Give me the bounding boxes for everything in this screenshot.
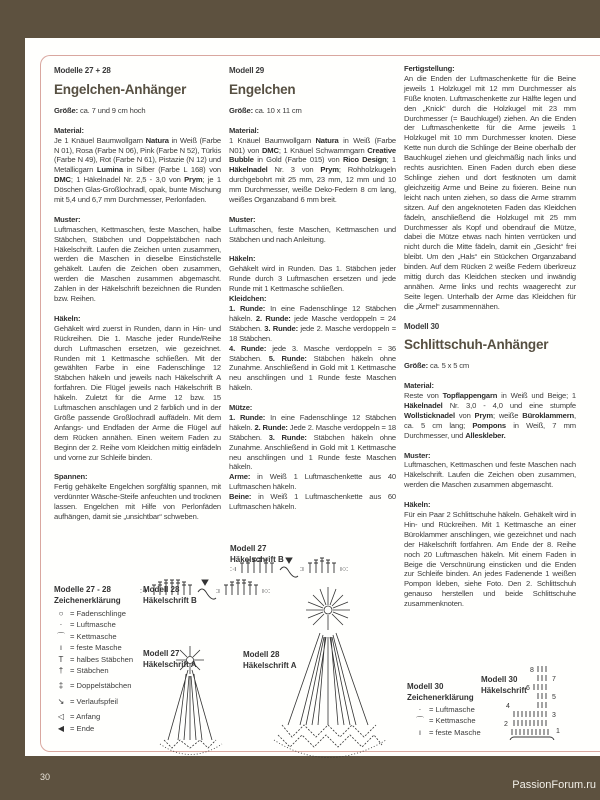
svg-text:3: 3 bbox=[552, 712, 556, 719]
legend-item: ↘= Verlaufspfeil bbox=[54, 696, 133, 707]
legend-item: †= Stäbchen bbox=[54, 665, 133, 676]
svg-text::·ı: :·ı bbox=[140, 588, 146, 595]
svg-text:ı○:: ı○: bbox=[340, 566, 348, 573]
legend-modelle-27-28: Modelle 27 - 28 Zeichenerklärung ○= Fade… bbox=[54, 584, 133, 734]
chain-ring-icon: ○ bbox=[54, 608, 68, 619]
section-title: Schlittschuh-Anhänger bbox=[404, 337, 576, 352]
skate-chart-m30: 8 7 6 5 4 3 2 1 bbox=[500, 660, 570, 740]
section-title: Engelchen-Anhänger bbox=[54, 82, 221, 97]
legend-item: ı= feste Masche bbox=[54, 642, 133, 653]
start-marker-icon: ◁ bbox=[54, 711, 68, 722]
end-marker-icon: ◀ bbox=[54, 723, 68, 734]
material-block: Material: Reste von Topflappengarn in We… bbox=[404, 381, 576, 440]
body-chart-m27a bbox=[150, 640, 240, 758]
svg-text::·ı: :·ı bbox=[230, 566, 236, 573]
legend-item: T= halbes Stäbchen bbox=[54, 654, 133, 665]
legend-item: ı= feste Masche bbox=[407, 727, 481, 738]
column-fertigstellung-schlittschuh: Fertigstellung: An die Enden der Luftmas… bbox=[404, 64, 576, 619]
direction-arrow-icon: ↘ bbox=[54, 696, 68, 707]
size-line: Größe: ca. 5 x 5 cm bbox=[404, 361, 576, 371]
arme-line: Arme: in Weiß 1 Luftmaschenkette aus 40 … bbox=[229, 472, 396, 492]
treble-crochet-icon: ‡ bbox=[54, 680, 68, 691]
muetze-block: Mütze: 1. Runde: In eine Fadenschlinge 1… bbox=[229, 403, 396, 472]
haekeln-heading: Häkeln: bbox=[54, 314, 221, 324]
svg-text:7: 7 bbox=[552, 676, 556, 683]
slip-stitch-icon: ⌒ bbox=[54, 631, 68, 642]
legend-item: ·= Luftmasche bbox=[54, 619, 133, 630]
muster-heading: Muster: bbox=[54, 215, 221, 225]
haekeln-block: Häkeln: Für ein Paar 2 Schlittschuhe häk… bbox=[404, 500, 576, 609]
svg-text:1: 1 bbox=[556, 728, 560, 735]
slip-stitch-icon: ⌒ bbox=[413, 715, 427, 726]
legend-item: ·= Luftmasche bbox=[407, 704, 481, 715]
kleidchen-rounds-4-5: 4. Runde: jede 3. Masche verdoppeln = 36… bbox=[229, 344, 396, 394]
spannen-heading: Spannen: bbox=[54, 472, 221, 482]
svg-text:5: 5 bbox=[552, 694, 556, 701]
legend-item: ◁= Anfang bbox=[54, 711, 133, 722]
haekeln-block: Häkeln: Gehäkelt wird in Runden. Das 1. … bbox=[229, 254, 396, 294]
column-engelchen-anhaenger: Modelle 27 + 28 Engelchen-Anhänger Größe… bbox=[54, 66, 221, 532]
svg-text::ı: :ı bbox=[216, 588, 220, 595]
legend-item: ◀= Ende bbox=[54, 723, 133, 734]
legend-item: ○= Fadenschlinge bbox=[54, 608, 133, 619]
legend-item: ⌒= Kettmasche bbox=[54, 631, 133, 642]
fertigstellung-block: Fertigstellung: An die Enden der Luftmas… bbox=[404, 64, 576, 312]
svg-text:2: 2 bbox=[504, 721, 508, 728]
kleidchen-heading: Kleidchen: bbox=[229, 294, 396, 304]
haekeln-block: Häkeln: Gehäkelt wird zuerst in Runden, … bbox=[54, 314, 221, 463]
section-title: Engelchen bbox=[229, 82, 396, 97]
single-crochet-icon: ı bbox=[54, 642, 68, 653]
beine-line: Beine: in Weiß 1 Luftmaschenkette aus 60… bbox=[229, 492, 396, 512]
svg-text:6: 6 bbox=[526, 685, 530, 692]
muster-block: Muster: Luftmaschen, feste Maschen, Kett… bbox=[229, 215, 396, 245]
muster-block: Muster: Luftmaschen, Kettmaschen und fes… bbox=[404, 451, 576, 491]
model-kicker: Modell 29 bbox=[229, 66, 396, 76]
model-kicker: Modell 30 bbox=[404, 322, 576, 332]
legend-item: ⌒= Kettmasche bbox=[407, 715, 481, 726]
material-block: Material: 1 Knäuel Baumwollgarn Natura i… bbox=[229, 126, 396, 205]
body-chart-m28a bbox=[268, 575, 408, 760]
double-crochet-icon: † bbox=[54, 665, 68, 676]
chain-stitch-icon: · bbox=[54, 619, 68, 630]
model-kicker: Modelle 27 + 28 bbox=[54, 66, 221, 76]
svg-text:4: 4 bbox=[506, 703, 510, 710]
svg-text:8: 8 bbox=[530, 667, 534, 674]
svg-text::ı: :ı bbox=[300, 566, 304, 573]
column-engelchen: Modell 29 Engelchen Größe: ca. 10 x 11 c… bbox=[229, 66, 396, 522]
watermark: PassionForum.ru bbox=[512, 779, 596, 791]
muster-block: Muster: Luftmaschen, Kettmaschen, feste … bbox=[54, 215, 221, 304]
kleidchen-rounds-1-3: 1. Runde: In eine Fadenschlinge 12 Stäbc… bbox=[229, 304, 396, 344]
half-double-icon: T bbox=[54, 654, 68, 665]
size-line: Größe: ca. 10 x 11 cm bbox=[229, 106, 396, 116]
chain-stitch-icon: · bbox=[413, 704, 427, 715]
spannen-block: Spannen: Fertig gehäkelte Engelchen sorg… bbox=[54, 472, 221, 522]
single-crochet-icon: ı bbox=[413, 727, 427, 738]
material-block: Material: Je 1 Knäuel Baumwollgarn Natur… bbox=[54, 126, 221, 205]
page-number: 30 bbox=[40, 772, 50, 782]
size-line: Größe: ca. 7 und 9 cm hoch bbox=[54, 106, 221, 116]
material-heading: Material: bbox=[54, 126, 221, 136]
legend-modell-30: Modell 30 Zeichenerklärung ·= Luftmasche… bbox=[407, 681, 481, 738]
legend-item: ‡= Doppelstäbchen bbox=[54, 680, 133, 691]
